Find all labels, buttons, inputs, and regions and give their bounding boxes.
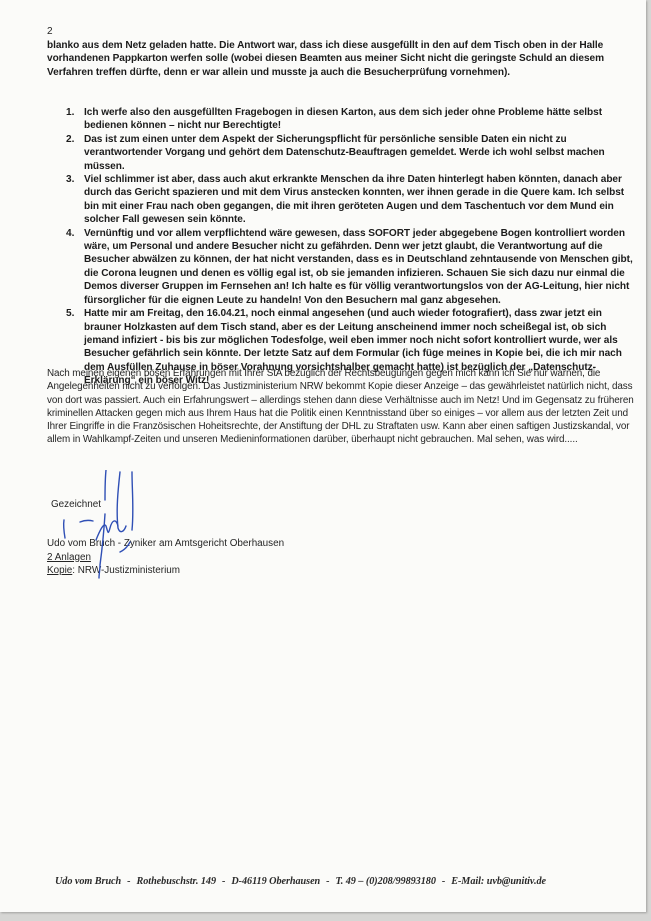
footer-phone: T. 49 – (0)208/99893180 <box>336 876 436 887</box>
footer-city: D-46119 Oberhausen <box>231 876 320 887</box>
copy-recipient: : NRW-Justizministerium <box>72 565 180 576</box>
signature-block: Gezeichnet Udo vom Bruch - Zyniker am Am… <box>47 498 347 577</box>
list-item-text: Vernünftig und vor allem verpflichtend w… <box>84 228 633 306</box>
signer-name: Udo vom Bruch - Zyniker am Amtsgericht O… <box>47 537 347 550</box>
list-item-text: Viel schlimmer ist aber, dass auch akut … <box>84 174 624 225</box>
footer-name: Udo vom Bruch <box>55 876 121 887</box>
copy-label: Kopie <box>47 565 72 576</box>
list-item: 2. Das ist zum einen unter dem Aspekt de… <box>47 133 637 173</box>
numbered-list: 1. Ich werfe also den ausgefüllten Frage… <box>47 106 637 388</box>
list-item: 1. Ich werfe also den ausgefüllten Frage… <box>47 106 637 133</box>
footer-separator: - <box>436 876 451 887</box>
signed-label: Gezeichnet <box>51 498 347 511</box>
footer-separator: - <box>216 876 231 887</box>
list-item: 4. Vernünftig und vor allem verpflichten… <box>47 227 637 307</box>
intro-paragraph: blanko aus dem Netz geladen hatte. Die A… <box>47 39 637 79</box>
footer-street: Rothebuschstr. 149 <box>137 876 217 887</box>
list-item-number: 3. <box>66 173 74 186</box>
list-item: 3. Viel schlimmer ist aber, dass auch ak… <box>47 173 637 227</box>
list-item-number: 4. <box>66 227 74 240</box>
footer-separator: - <box>320 876 335 887</box>
list-item-text: Das ist zum einen unter dem Aspekt der S… <box>84 134 605 172</box>
document-page: 2 blanko aus dem Netz geladen hatte. Die… <box>0 0 646 912</box>
letterhead-footer: Udo vom Bruch-Rothebuschstr. 149-D-46119… <box>55 876 645 888</box>
footer-email: E-Mail: uvb@unitiv.de <box>451 876 546 887</box>
footer-separator: - <box>121 876 136 887</box>
list-item-text: Ich werfe also den ausgefüllten Fragebog… <box>84 107 602 131</box>
closing-paragraph: Nach meinen eigenen bösen Erfahrungen mi… <box>47 367 643 447</box>
list-item-number: 2. <box>66 133 74 146</box>
attachments-note: 2 Anlagen <box>47 551 347 564</box>
list-item-number: 1. <box>66 106 74 119</box>
page-number: 2 <box>47 26 53 38</box>
copy-note: Kopie: NRW-Justizministerium <box>47 564 347 577</box>
list-item-number: 5. <box>66 307 74 320</box>
